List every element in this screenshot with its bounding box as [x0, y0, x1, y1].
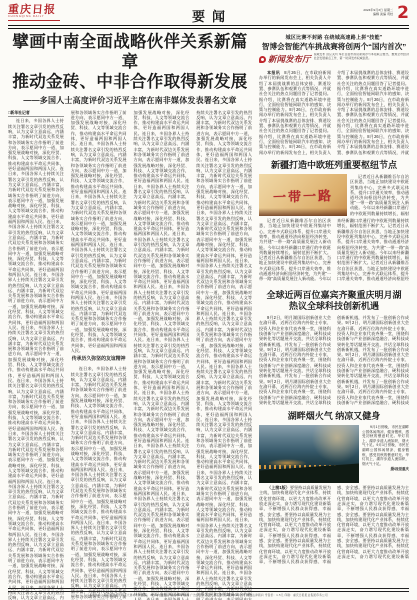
main-headline-line1: 擘画中南全面战略伙伴关系新篇章: [8, 32, 252, 72]
body-paragraph: 记者近日从新疆维吾尔自治区获悉，当地正加快建设中欧班列集结中心，完善多式联运体系…: [259, 218, 409, 286]
lakeside-evening-photo: [259, 425, 359, 483]
article4-media: 9月1日傍晚，市民在湖畔公园休闲纳凉、健身锻炼，感受初秋的惬意时光。华灯初上，湖…: [259, 425, 409, 483]
page-footer: 本报地址：重庆市渝北区同茂大道416号 邮编：401120 电话：023-638…: [8, 588, 409, 597]
news-release-badge: 新闻发布厅: [259, 53, 311, 65]
article1-kicker: 城区比赛不封路 在绕城高速路上拼“技能”: [259, 34, 409, 41]
footer-rule: [8, 588, 409, 591]
article3-headline-line1: 全球近两百位嘉宾齐聚重庆明月湖: [259, 290, 409, 301]
body-paragraph: 9月2日，明月湖国际创新创业大会在渝开幕，近两百位海内外院士专家、投资人和企业家…: [259, 315, 409, 407]
article2-sidetext: 记者近日从新疆维吾尔自治区获悉，当地正加快建设中欧班列集结中心，完善多式联运体系…: [350, 174, 409, 216]
footer-info: 本报地址：重庆市渝北区同茂大道416号 邮编：401120 电话：023-638…: [8, 593, 409, 597]
newspaper-logo: 重庆日报 CHONGQING DAILY: [8, 4, 60, 21]
article3-body: 9月2日，明月湖国际创新创业大会在渝开幕，近两百位海内外院士专家、投资人和企业家…: [259, 315, 409, 407]
main-article-body: □新华社记者 连日来，多国各界人士持续关注署名文章引发的热烈反响，认为文章立意高…: [8, 110, 252, 600]
continuation-body: （上接1版）要坚持以高质量发展为主线，加快构建现代化产业体系，持续优化营商环境，…: [259, 485, 409, 565]
main-subtitle: ——多国人士高度评价习近平主席在南非媒体发表署名文章: [8, 95, 252, 106]
page-number: 2: [397, 6, 409, 21]
page-section-title: 要闻: [185, 6, 232, 25]
masthead-rule: [8, 25, 409, 29]
article2-headline: 新疆打造中欧班列重要枢纽节点: [259, 160, 409, 171]
photo-credit: 摄/视觉重庆: [362, 467, 409, 472]
article3-headline: 全球近两百位嘉宾齐聚重庆明月湖 热议全球科技创新机遇: [259, 290, 409, 312]
editor-line: 编辑 美编 责校: [363, 12, 393, 16]
article1-headline: 智博会智能汽车挑战赛将创两个“国内首次”: [259, 42, 409, 51]
belt-road-calligraphy-image: 一带一路: [259, 174, 347, 216]
page-content: 擘画中南全面战略伙伴关系新篇章 推动金砖、中非合作取得新发展 ——多国人士高度评…: [8, 32, 409, 600]
caption-text: 9月1日傍晚，市民在湖畔公园休闲纳凉、健身锻炼，感受初秋的惬意时光。华灯初上，湖…: [362, 425, 409, 466]
release-hall-icon: [259, 56, 266, 63]
right-column: 城区比赛不封路 在绕城高速路上拼“技能” 智博会智能汽车挑战赛将创两个“国内首次…: [259, 32, 409, 600]
article3-headline-line2: 热议全球科技创新机遇: [259, 301, 409, 312]
logo-title: 重庆日报: [8, 4, 61, 15]
body-paragraph: 记者近日从新疆维吾尔自治区获悉，当地正加快建设中欧班列集结中心，完善多式联运体系…: [350, 174, 409, 216]
badge-label: 新闻发布厅: [268, 53, 311, 65]
body-subhead-1: 传承历久弥坚的友谊精神: [71, 357, 127, 363]
masthead: 重庆日报 CHONGQING DAILY 要闻 2024年9月3日 星期二 编辑…: [8, 4, 409, 23]
date-block: 2024年9月3日 星期二 编辑 美编 责校: [363, 8, 393, 17]
photo-caption: 9月1日傍晚，市民在湖畔公园休闲纳凉、健身锻炼，感受初秋的惬意时光。华灯初上，湖…: [362, 425, 409, 483]
article2-body: 记者近日从新疆维吾尔自治区获悉，当地正加快建设中欧班列集结中心，完善多式联运体系…: [259, 218, 409, 286]
article4-headline: 湖畔烟火气 纳凉又健身: [259, 411, 409, 422]
main-headline-line2: 推动金砖、中非合作取得新发展: [8, 72, 252, 92]
article2-media: 一带一路 记者近日从新疆维吾尔自治区获悉，当地正加快建设中欧班列集结中心，完善多…: [259, 174, 409, 216]
main-article: 擘画中南全面战略伙伴关系新篇章 推动金砖、中非合作取得新发展 ——多国人士高度评…: [8, 32, 252, 600]
article1-body: 本报讯 8月26日，在市政府新闻办举行的新闻发布会上，相关负责人介绍了本届挑战赛…: [259, 70, 409, 156]
body-paragraph: （上接1版）要坚持以高质量发展为主线，加快构建现代化产业体系，持续优化营商环境，…: [259, 485, 409, 565]
newspaper-page: 重庆日报 CHONGQING DAILY 要闻 2024年9月3日 星期二 编辑…: [0, 0, 417, 600]
body-paragraph: 本报讯 8月26日，在市政府新闻办举行的新闻发布会上，相关负责人介绍了本届挑战赛…: [259, 70, 409, 156]
badge-note: 权威发布 回应关切 本栏目由市政府新闻办与本报联合推出，聚焦全市经济社会发展重点…: [314, 53, 409, 68]
calligraphy-text: 一带一路: [273, 185, 334, 206]
news-release-hall: 新闻发布厅 权威发布 回应关切 本栏目由市政府新闻办与本报联合推出，聚焦全市经济…: [259, 53, 409, 68]
byline: □新华社记者: [8, 110, 64, 118]
